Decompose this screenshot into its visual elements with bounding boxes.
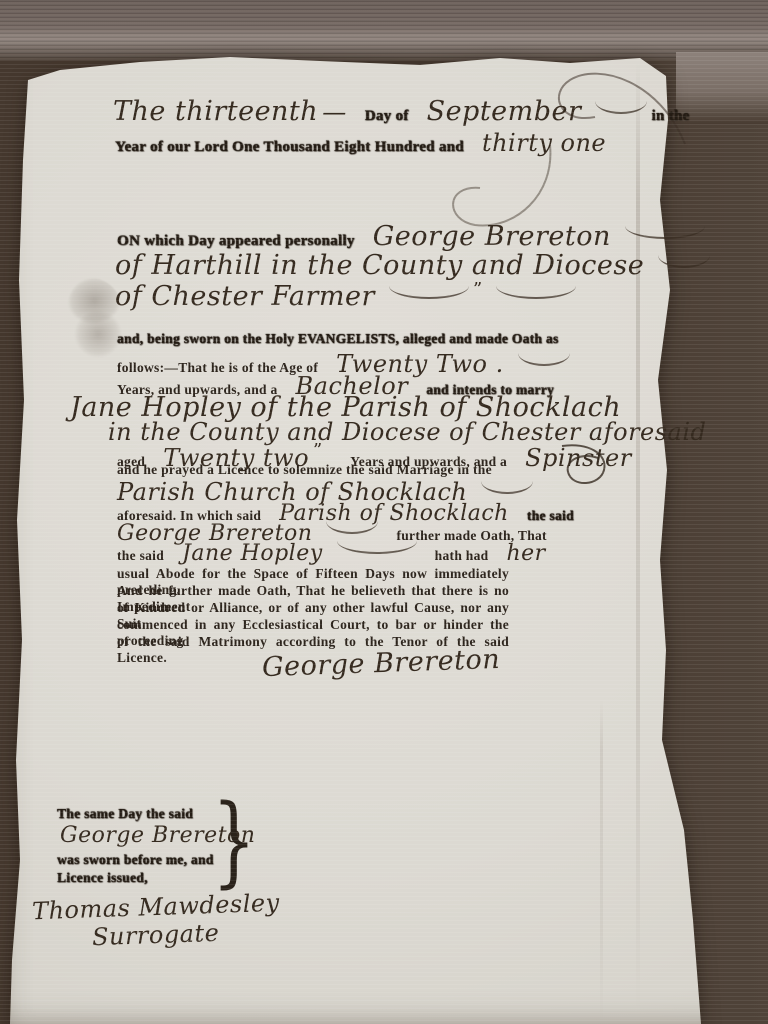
licence-line-2: and he prayed a Licence to solemnize the… (117, 461, 492, 479)
flourish-dash (658, 255, 710, 268)
flourish-dash (518, 353, 570, 366)
handwritten-surrogate-title: Surrogate (92, 919, 220, 951)
appearance-line-3: of Chester Farmer ” (115, 279, 576, 312)
handwritten-year: thirty one (482, 129, 606, 157)
surrogate-title: Surrogate (92, 919, 220, 951)
oath-line-1: and, being sworn on the Holy EVANGELISTS… (117, 330, 559, 348)
handwritten-her: her (506, 541, 545, 566)
appearance-line-1: ON which Day appeared personally George … (117, 221, 705, 252)
printed-same-day: The same Day the said (57, 806, 193, 821)
flourish-dash (496, 286, 576, 299)
printed-licence-issued: Licence issued, (57, 870, 148, 885)
licence-line-6: the said Jane Hopley hath had her (117, 541, 546, 566)
handwritten-month: September (427, 96, 582, 127)
date-line-2: Year of our Lord One Thousand Eight Hund… (115, 129, 606, 157)
attestation-line-4: Licence issued, (57, 869, 148, 887)
printed-sworn-before: was sworn before me, and (57, 852, 214, 867)
flourish-dash (389, 286, 469, 299)
printed-oath-1: and, being sworn on the Holy EVANGELISTS… (117, 331, 559, 346)
flourish-dash (337, 541, 417, 554)
handwritten-bride-name-2: Jane Hopley (182, 541, 323, 566)
printed-in-the: in the (651, 108, 689, 124)
fill-dash: — (322, 98, 347, 126)
flourish-dash (625, 226, 705, 239)
attestation-line-3: was sworn before me, and (57, 851, 214, 869)
ditto-mark: ” (313, 440, 322, 461)
scanned-marriage-allegation-document: The thirteenth — Day of September in the… (0, 0, 768, 1024)
handwritten-day: The thirteenth (113, 96, 318, 127)
printed-the-said-2: the said (117, 548, 164, 563)
printed-prayed: and he prayed a Licence to solemnize the… (117, 462, 492, 477)
printed-hath-had: hath had (435, 548, 489, 563)
handwritten-occupation: of Chester Farmer (115, 281, 375, 312)
ditto-mark: ” (473, 279, 482, 300)
paper-crease (600, 700, 603, 1024)
handwritten-groom-name: George Brereton (373, 221, 611, 252)
printed-day-of: Day of (365, 108, 409, 124)
paper-crease (636, 62, 640, 1012)
date-line-1: The thirteenth — Day of September in the (113, 96, 690, 127)
handwritten-bride-condition: Spinster (525, 444, 632, 472)
flourish-dash (595, 101, 647, 114)
printed-appeared: ON which Day appeared personally (117, 233, 355, 249)
printed-year-label: Year of our Lord One Thousand Eight Hund… (115, 139, 464, 155)
flourish-dash (481, 481, 533, 494)
appearance-line-2: of Harthill in the County and Diocese (115, 250, 710, 281)
handwritten-residence: of Harthill in the County and Diocese (115, 250, 644, 281)
flourish-dash (326, 521, 378, 534)
attestation-brace: } (212, 792, 256, 890)
attestation-line-1: The same Day the said (57, 805, 193, 823)
